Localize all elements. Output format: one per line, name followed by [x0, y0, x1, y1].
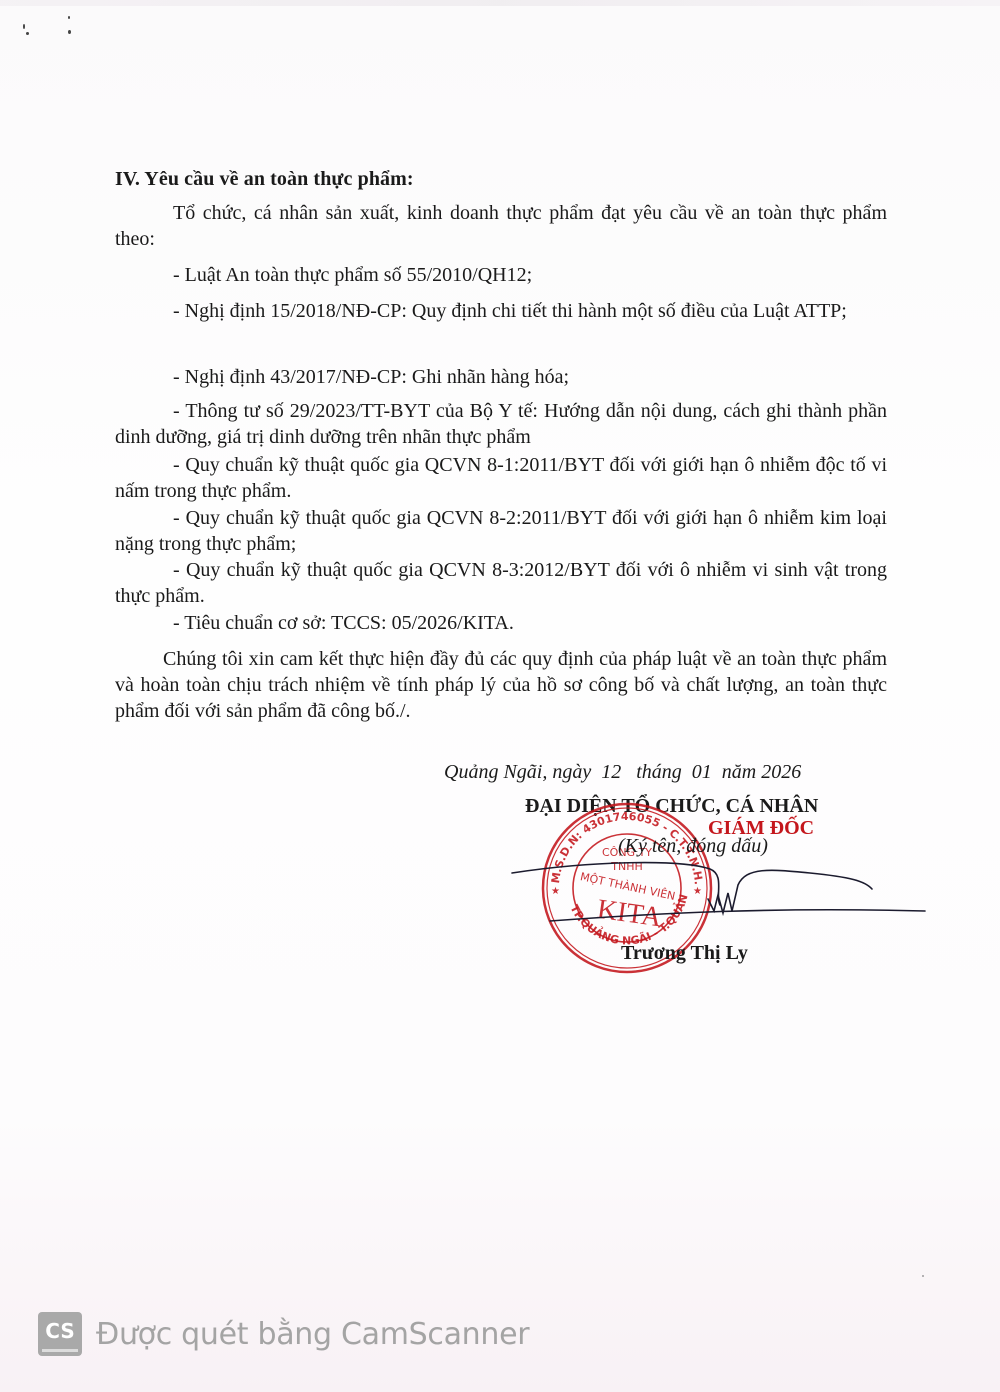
scan-speck [922, 1275, 924, 1277]
regulation-item: - Tiêu chuẩn cơ sở: TCCS: 05/2026/KITA. [115, 610, 887, 636]
regulation-item: - Quy chuẩn kỹ thuật quốc gia QCVN 8-2:2… [115, 505, 887, 557]
scan-speck [68, 30, 71, 34]
intro-text: Tổ chức, cá nhân sản xuất, kinh doanh th… [115, 202, 887, 250]
regulation-item: - Quy chuẩn kỹ thuật quốc gia QCVN 8-1:2… [115, 452, 887, 504]
camscanner-watermark: CS Được quét bằng CamScanner [38, 1312, 529, 1356]
commitment-paragraph: Chúng tôi xin cam kết thực hiện đầy đủ c… [115, 646, 887, 724]
regulation-item: - Nghị định 43/2017/NĐ-CP: Ghi nhãn hàng… [115, 364, 887, 390]
date-line: Quảng Ngãi, ngày 12 tháng 01 năm 2026 [444, 761, 801, 784]
handwritten-signature-icon [510, 855, 930, 935]
regulation-item: - Luật An toàn thực phẩm số 55/2010/QH12… [115, 262, 887, 288]
camscanner-logo-icon: CS [38, 1312, 82, 1356]
regulation-item: - Nghị định 15/2018/NĐ-CP: Quy định chi … [115, 298, 887, 324]
signer-name: Trương Thị Ly [621, 942, 748, 965]
scan-speck [68, 16, 70, 19]
scan-edge [0, 0, 1000, 6]
intro-paragraph: Tổ chức, cá nhân sản xuất, kinh doanh th… [115, 200, 887, 252]
scan-speck [23, 24, 25, 29]
section-heading: IV. Yêu cầu về an toàn thực phẩm: [115, 168, 414, 191]
scanned-page: IV. Yêu cầu về an toàn thực phẩm: Tổ chứ… [0, 0, 1000, 1392]
scan-speck [26, 32, 29, 35]
regulation-item: - Thông tư số 29/2023/TT-BYT của Bộ Y tế… [115, 398, 887, 450]
watermark-text: Được quét bằng CamScanner [96, 1317, 529, 1352]
regulation-item: - Quy chuẩn kỹ thuật quốc gia QCVN 8-3:2… [115, 557, 887, 609]
